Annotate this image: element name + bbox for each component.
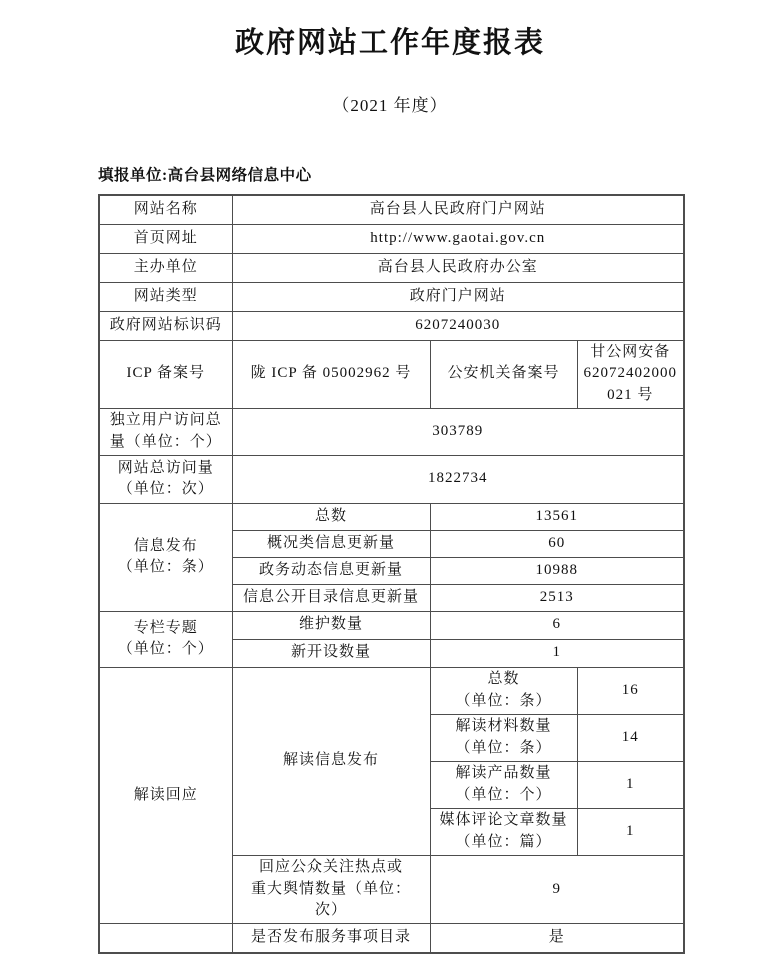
site-type-value: 政府门户网站	[232, 282, 684, 311]
police-record-value: 甘公网安备 62072402000 021 号	[577, 340, 684, 408]
row-info-total: 信息发布 （单位：条） 总数 13561	[99, 503, 684, 530]
report-table: 网站名称 高台县人民政府门户网站 首页网址 http://www.gaotai.…	[98, 194, 685, 954]
row-icp-record: ICP 备案号 陇 ICP 备 05002962 号 公安机关备案号 甘公网安备…	[99, 340, 684, 408]
empty-section-cell	[99, 924, 232, 953]
unique-visitors-label: 独立用户访问总 量（单位：个）	[99, 408, 232, 455]
home-url-value: http://www.gaotai.gov.cn	[232, 224, 684, 253]
row-organizer: 主办单位 高台县人民政府办公室	[99, 253, 684, 282]
interpret-total-value: 16	[577, 667, 684, 714]
interpret-materials-label: 解读材料数量 （单位：条）	[430, 714, 577, 761]
media-comments-value: 1	[577, 808, 684, 855]
maintained-count-label: 维护数量	[232, 611, 430, 639]
info-disclosure-update-value: 2513	[430, 584, 684, 611]
maintained-count-value: 6	[430, 611, 684, 639]
new-count-value: 1	[430, 639, 684, 667]
row-special-maintained: 专栏专题 （单位：个） 维护数量 6	[99, 611, 684, 639]
report-title: 政府网站工作年度报表	[0, 0, 780, 61]
hot-response-label: 回应公众关注热点或 重大舆情数量（单位： 次）	[232, 855, 430, 923]
total-visits-label: 网站总访问量 （单位：次）	[99, 455, 232, 503]
info-overview-update-label: 概况类信息更新量	[232, 530, 430, 557]
interpretation-publish-label: 解读信息发布	[232, 667, 430, 855]
info-news-update-label: 政务动态信息更新量	[232, 557, 430, 584]
unique-visitors-value: 303789	[232, 408, 684, 455]
home-url-label: 首页网址	[99, 224, 232, 253]
organizer-value: 高台县人民政府办公室	[232, 253, 684, 282]
interpret-materials-value: 14	[577, 714, 684, 761]
row-total-visits: 网站总访问量 （单位：次） 1822734	[99, 455, 684, 503]
row-unique-visitors: 独立用户访问总 量（单位：个） 303789	[99, 408, 684, 455]
info-overview-update-value: 60	[430, 530, 684, 557]
icp-record-label: ICP 备案号	[99, 340, 232, 408]
info-total-label: 总数	[232, 503, 430, 530]
interpretation-section-label: 解读回应	[99, 667, 232, 923]
service-directory-label: 是否发布服务事项目录	[232, 924, 430, 953]
site-name-label: 网站名称	[99, 195, 232, 224]
interpret-total-label: 总数 （单位：条）	[430, 667, 577, 714]
site-name-value: 高台县人民政府门户网站	[232, 195, 684, 224]
service-directory-value: 是	[430, 924, 684, 953]
row-site-code: 政府网站标识码 6207240030	[99, 311, 684, 340]
report-page: 政府网站工作年度报表 （2021 年度） 填报单位:高台县网络信息中心 网站名称…	[0, 0, 780, 960]
new-count-label: 新开设数量	[232, 639, 430, 667]
row-interpret-total: 解读回应 解读信息发布 总数 （单位：条） 16	[99, 667, 684, 714]
organizer-label: 主办单位	[99, 253, 232, 282]
police-record-label: 公安机关备案号	[430, 340, 577, 408]
info-total-value: 13561	[430, 503, 684, 530]
site-code-label: 政府网站标识码	[99, 311, 232, 340]
info-publish-section-label: 信息发布 （单位：条）	[99, 503, 232, 611]
row-site-type: 网站类型 政府门户网站	[99, 282, 684, 311]
info-disclosure-update-label: 信息公开目录信息更新量	[232, 584, 430, 611]
info-news-update-value: 10988	[430, 557, 684, 584]
special-columns-section-label: 专栏专题 （单位：个）	[99, 611, 232, 667]
media-comments-label: 媒体评论文章数量 （单位：篇）	[430, 808, 577, 855]
hot-response-value: 9	[430, 855, 684, 923]
site-code-value: 6207240030	[232, 311, 684, 340]
total-visits-value: 1822734	[232, 455, 684, 503]
site-type-label: 网站类型	[99, 282, 232, 311]
row-home-url: 首页网址 http://www.gaotai.gov.cn	[99, 224, 684, 253]
row-site-name: 网站名称 高台县人民政府门户网站	[99, 195, 684, 224]
report-subtitle: （2021 年度）	[0, 91, 780, 116]
icp-record-value: 陇 ICP 备 05002962 号	[232, 340, 430, 408]
row-service-directory: 是否发布服务事项目录 是	[99, 924, 684, 953]
interpret-products-label: 解读产品数量 （单位：个）	[430, 761, 577, 808]
interpret-products-value: 1	[577, 761, 684, 808]
reporting-unit: 填报单位:高台县网络信息中心	[98, 163, 780, 185]
